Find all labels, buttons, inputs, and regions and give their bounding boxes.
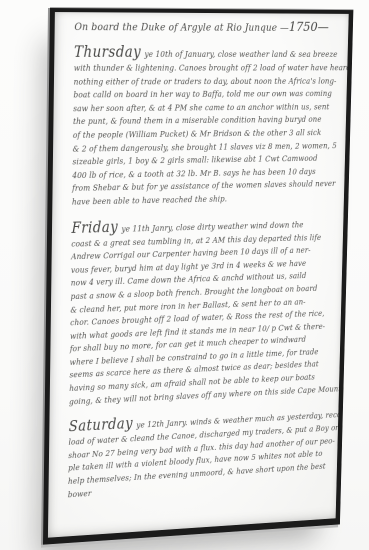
- journal-entry-friday: Fridayye 11th Janry, close dirty weather…: [69, 214, 333, 410]
- journal-entry-saturday: Saturdayye 12th Janry. winds & weather m…: [68, 406, 328, 502]
- entry-lead-line: Thursdayye 10th of January, close weathe…: [74, 44, 307, 63]
- journal-entry-thursday: Thursdayye 10th of January, close weathe…: [72, 44, 337, 210]
- heading-year: 1750—: [289, 20, 329, 35]
- manuscript-page: On board the Duke of Argyle at Rio Junqu…: [48, 12, 349, 538]
- entry-lines: with thunder & lightening. Canoes brough…: [72, 63, 337, 210]
- photo-background: On board the Duke of Argyle at Rio Junqu…: [0, 0, 369, 550]
- entry-day-label: Saturday: [69, 415, 137, 436]
- framed-print: On board the Duke of Argyle at Rio Junqu…: [43, 8, 353, 545]
- entry-lines: load of water & cleand the Canoe, discha…: [68, 423, 328, 502]
- entry-day-label: Thursday: [74, 43, 145, 61]
- entry-opening-text: ye 10th of January, close weather land &…: [144, 50, 337, 60]
- heading-place: On board the Duke of Argyle at Rio Junqu…: [74, 22, 289, 34]
- entry-day-label: Friday: [71, 218, 121, 237]
- journal-heading: On board the Duke of Argyle at Rio Junqu…: [74, 19, 322, 35]
- handwritten-line: with thunder & lightening. Canoes brough…: [74, 63, 306, 77]
- entry-lines: coast & a great sea tumbling in, at 2 AM…: [69, 232, 332, 410]
- entry-opening-text: ye 11th Janry, close dirty weather wind …: [121, 220, 303, 234]
- handwritten-line: nothing either of trade or traders to da…: [74, 76, 306, 90]
